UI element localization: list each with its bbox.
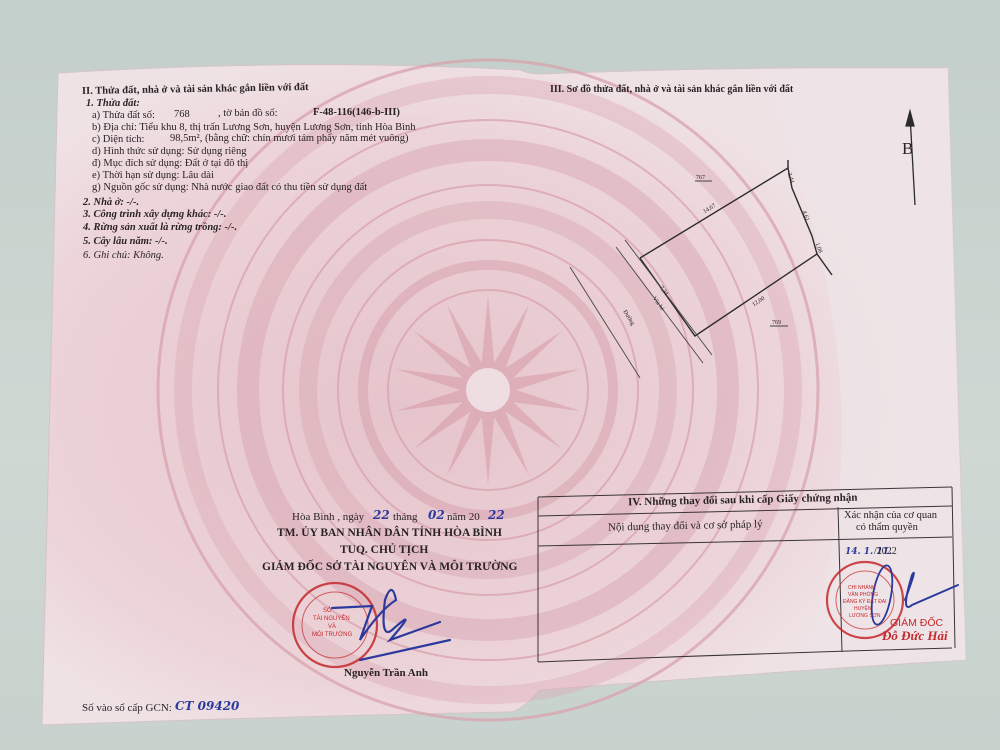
production-forest-item: 4. Rừng sản xuất là rừng trồng: -/-. [83,222,237,234]
land-certificate-page: II. Thửa đất, nhà ở và tài sản khác gắn … [0,0,1000,750]
parcel-heading: 1. Thửa đất: [86,98,140,110]
usage-form: d) Hình thức sử dụng: Sử dụng riêng [92,146,246,158]
gcn-entry-label: Số vào sổ cấp GCN: [82,702,172,714]
north-label: B [902,140,913,158]
parcel-number: 768 [174,109,190,121]
gcn-entry-number: CT 09420 [175,700,239,712]
issue-day: 22 [373,509,390,521]
usage-term: e) Thời hạn sử dụng: Lâu dài [92,170,214,182]
authority-line-3: GIÁM ĐỐC SỞ TÀI NGUYÊN VÀ MÔI TRƯỜNG [262,561,517,573]
map-sheet-number: F-48-116(146-b-III) [313,107,400,119]
perennial-trees-item: 5. Cây lâu năm: -/-. [83,236,168,248]
note-item: 6. Ghi chú: Không. [83,250,164,262]
place-date-prefix: Hòa Bình , ngày [292,511,364,523]
house-item: 2. Nhà ở: -/-. [83,197,139,209]
section-iii-heading: III. Sơ đồ thửa đất, nhà ở và tài sản kh… [550,84,793,96]
other-construction-item: 3. Công trình xây dựng khác: -/-. [83,209,226,221]
issue-month: 02 [428,509,445,521]
year-label: năm 20 [447,511,480,523]
usage-purpose: đ) Mục đích sử dụng: Đất ở tại đô thị [92,158,248,170]
parcel-number-label: a) Thửa đất số: [92,110,155,122]
authority-line-1: TM. ỦY BAN NHÂN DÂN TỈNH HÒA BÌNH [277,527,502,539]
area-label: c) Diện tích: [92,134,144,146]
usage-origin: g) Nguồn gốc sử dụng: Nhà nước giao đất … [92,182,367,194]
month-label: tháng [393,511,417,523]
left-stamp-line-4: MÔI TRƯỜNG [312,629,352,641]
column-confirmation-line-1: Xác nhận của cơ quan [844,510,937,522]
authority-line-2: TUQ. CHỦ TỊCH [340,544,428,556]
confirmation-date-year: /2022 [874,546,897,558]
right-stamp-line-5: LƯƠNG SƠN [849,610,880,622]
issue-year-suffix: 22 [488,509,505,521]
confirmation-signer-name: Đỗ Đức Hải [882,630,948,642]
signer-name: Nguyễn Trần Anh [344,667,428,679]
neighbor-parcel-767: 767 [696,172,705,184]
area-value: 98,5m², (bằng chữ: chín mươi tám phẩy nă… [170,133,409,145]
map-sheet-label: , tờ bản đồ số: [218,108,278,120]
neighbor-parcel-769: 769 [772,317,781,329]
column-confirmation-line-2: có thẩm quyền [856,522,918,534]
